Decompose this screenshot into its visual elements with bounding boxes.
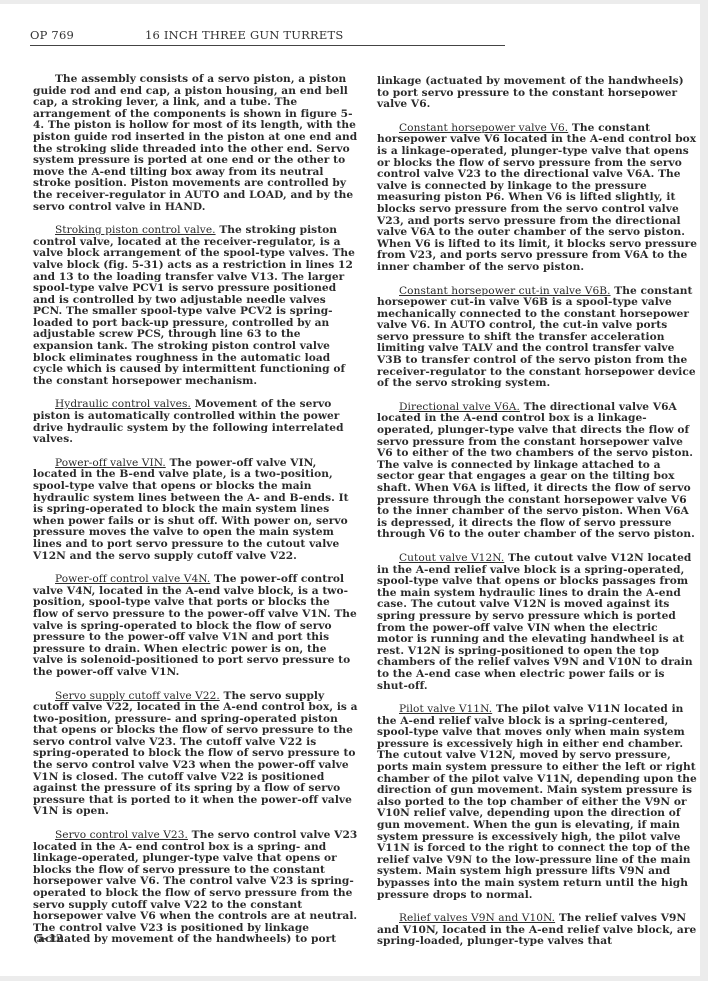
running-header: OP 769 16 INCH THREE GUN TURRETS — [30, 28, 505, 44]
section-heading: Servo control valve V23. — [55, 829, 188, 841]
paragraph-constant-horsepower-valve: Constant horsepower valve V6. The consta… — [377, 123, 697, 274]
paragraph-hydraulic-control-valves: Hydraulic control valves. Movement of th… — [33, 399, 358, 445]
page-number: 5-12 — [36, 932, 64, 945]
paragraph-continuation: linkage (actuated by movement of the han… — [377, 76, 697, 111]
section-heading: Servo supply cutoff valve V22. — [55, 690, 220, 702]
left-column: The assembly consists of a servo piston,… — [33, 74, 358, 958]
paragraph-relief-valves: Relief valves V9N and V10N. The relief v… — [377, 913, 697, 948]
section-heading: Power-off control valve V4N. — [55, 573, 210, 585]
section-heading: Relief valves V9N and V10N. — [399, 912, 555, 924]
section-heading: Constant horsepower cut-in valve V6B. — [399, 285, 611, 297]
document-title: 16 INCH THREE GUN TURRETS — [145, 28, 343, 42]
paragraph-stroking-piston-control-valve: Stroking piston control valve. The strok… — [33, 225, 358, 387]
section-heading: Power-off valve VIN. — [55, 457, 166, 469]
section-heading: Hydraulic control valves. — [55, 398, 191, 410]
paragraph-pilot-valve: Pilot valve V11N. The pilot valve V11N l… — [377, 704, 697, 901]
section-heading: Stroking piston control valve. — [55, 224, 216, 236]
paragraph-power-off-control-valve: Power-off control valve V4N. The power-o… — [33, 574, 358, 678]
paragraph-cutout-valve: Cutout valve V12N. The cutout valve V12N… — [377, 553, 697, 692]
paragraph-assembly: The assembly consists of a servo piston,… — [33, 74, 358, 213]
paragraph-power-off-valve: Power-off valve VIN. The power-off valve… — [33, 458, 358, 562]
header-rule — [30, 45, 505, 46]
section-heading: Cutout valve V12N. — [399, 552, 504, 564]
section-heading: Constant horsepower valve V6. — [399, 122, 568, 134]
right-column: linkage (actuated by movement of the han… — [377, 76, 697, 960]
document-code: OP 769 — [30, 28, 74, 42]
paragraph-directional-valve: Directional valve V6A. The directional v… — [377, 402, 697, 541]
section-heading: Directional valve V6A. — [399, 401, 520, 413]
paragraph-cut-in-valve: Constant horsepower cut-in valve V6B. Th… — [377, 286, 697, 390]
document-page: OP 769 16 INCH THREE GUN TURRETS The ass… — [0, 4, 700, 976]
paragraph-servo-supply-cutoff-valve: Servo supply cutoff valve V22. The servo… — [33, 691, 358, 819]
section-heading: Pilot valve V11N. — [399, 703, 492, 715]
paragraph-servo-control-valve: Servo control valve V23. The servo contr… — [33, 830, 358, 946]
